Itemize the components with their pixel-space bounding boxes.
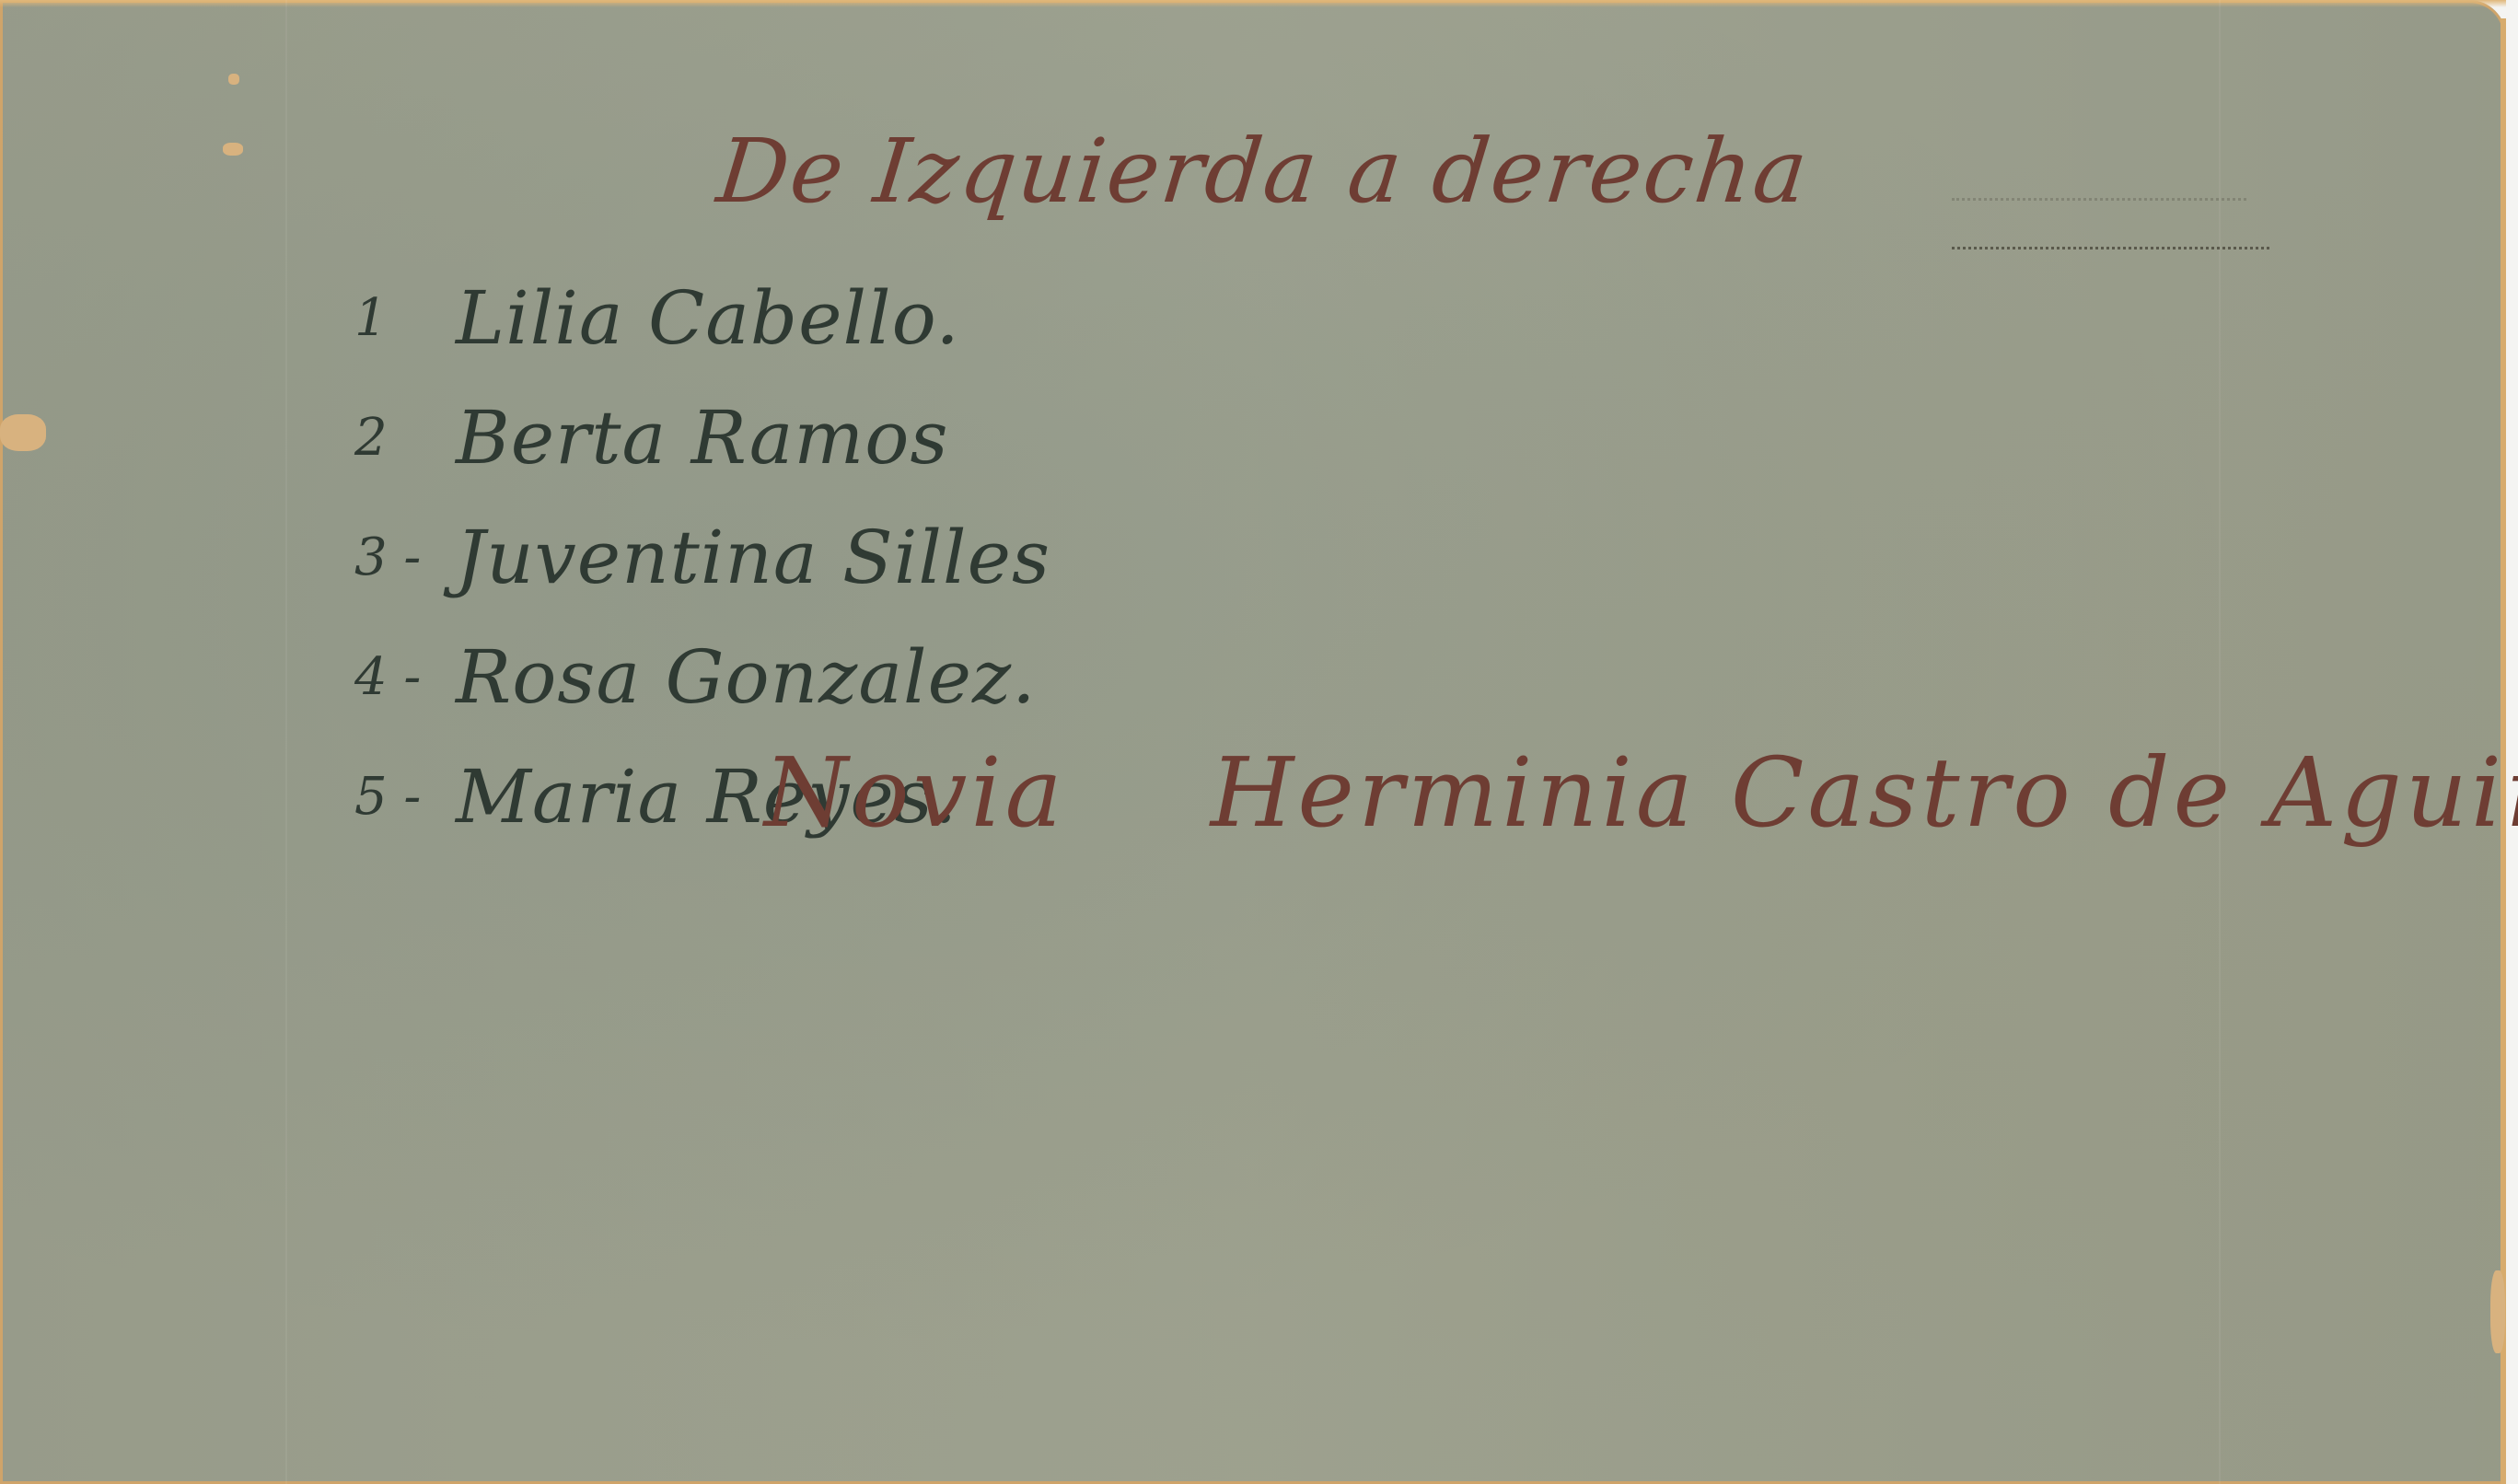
person-name: Berta Ramos <box>456 395 949 481</box>
list-number: 5 - <box>354 767 456 827</box>
list-number: 4 - <box>354 647 456 707</box>
list-item: 2 Berta Ramos <box>354 377 1050 497</box>
caption-heading: De Izquierda a derecha <box>713 120 1814 223</box>
list-item: 3 - Juventina Silles <box>354 497 1050 617</box>
caption-card: De Izquierda a derecha 1 Lilia Cabello. … <box>0 0 2506 1484</box>
paper-stain <box>2490 1270 2505 1353</box>
person-name: Lilia Cabello. <box>456 275 960 361</box>
list-number: 2 <box>354 408 456 468</box>
list-number: 1 <box>354 288 456 348</box>
paper-fold-line <box>285 0 287 1484</box>
bride-line: Novia Herminia Castro de Aguirre <box>764 736 2518 849</box>
list-number: 3 - <box>354 528 456 587</box>
list-item: 1 Lilia Cabello. <box>354 258 1050 377</box>
paper-stain <box>228 74 239 85</box>
printed-guide-line <box>1952 198 2246 201</box>
person-name: Rosa Gonzalez. <box>456 634 1037 720</box>
list-item: 4 - Rosa Gonzalez. <box>354 617 1050 736</box>
paper-stain <box>0 414 46 451</box>
printed-guide-line <box>1952 247 2269 249</box>
bride-label: Novia <box>764 736 1066 849</box>
person-name: Juventina Silles <box>456 515 1050 600</box>
worn-top-edge <box>0 0 2506 7</box>
paper-stain <box>223 143 243 156</box>
bride-name: Herminia Castro de Aguirre <box>1211 736 2518 849</box>
